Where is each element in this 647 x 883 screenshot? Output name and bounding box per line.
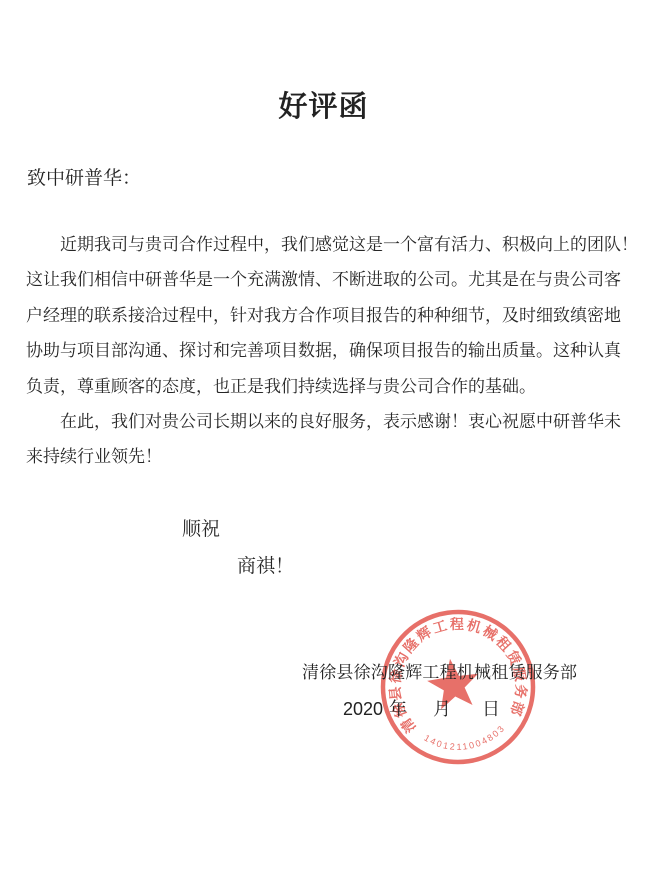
salutation: 致中研普华： — [27, 163, 141, 190]
letter-title: 好评函 — [0, 84, 647, 125]
date-year-unit: 年 — [389, 699, 407, 719]
closing-wishes: 商祺！ — [237, 551, 294, 578]
signature-date: 2020年月日 — [343, 695, 500, 721]
date-day-unit: 日 — [482, 699, 500, 719]
body-line-2: 这让我们相信中研普华是一个充满激情、不断进取的公司。尤其是在与贵公司客 — [26, 262, 626, 297]
body-line-6: 在此，我们对贵公司长期以来的良好服务，表示感谢！衷心祝愿中研普华未 — [26, 404, 626, 439]
letter-body: 近期我司与贵司合作过程中，我们感觉这是一个富有活力、积极向上的团队！ 这让我们相… — [26, 227, 626, 475]
body-line-5: 负责，尊重顾客的态度，也正是我们持续选择与贵公司合作的基础。 — [26, 369, 626, 404]
signature-company: 清徐县徐沟隆辉工程机械租赁服务部 — [302, 658, 577, 683]
closing-salute: 顺祝 — [182, 514, 220, 541]
body-line-4: 协助与项目部沟通、探讨和完善项目数据，确保项目报告的输出质量。这种认真 — [26, 333, 626, 368]
company-seal: 清徐县徐沟隆辉工程机械租赁服务部 1401211004803 — [368, 597, 549, 778]
body-line-7: 来持续行业领先！ — [26, 439, 626, 474]
date-month-unit: 月 — [433, 699, 451, 719]
letter-page: 好评函 致中研普华： 近期我司与贵司合作过程中，我们感觉这是一个富有活力、积极向… — [0, 0, 647, 883]
date-year: 2020 — [343, 699, 383, 719]
body-line-1: 近期我司与贵司合作过程中，我们感觉这是一个富有活力、积极向上的团队！ — [26, 227, 626, 262]
body-line-3: 户经理的联系接洽过程中，针对我方合作项目报告的种种细节，及时细致缜密地 — [26, 298, 626, 333]
